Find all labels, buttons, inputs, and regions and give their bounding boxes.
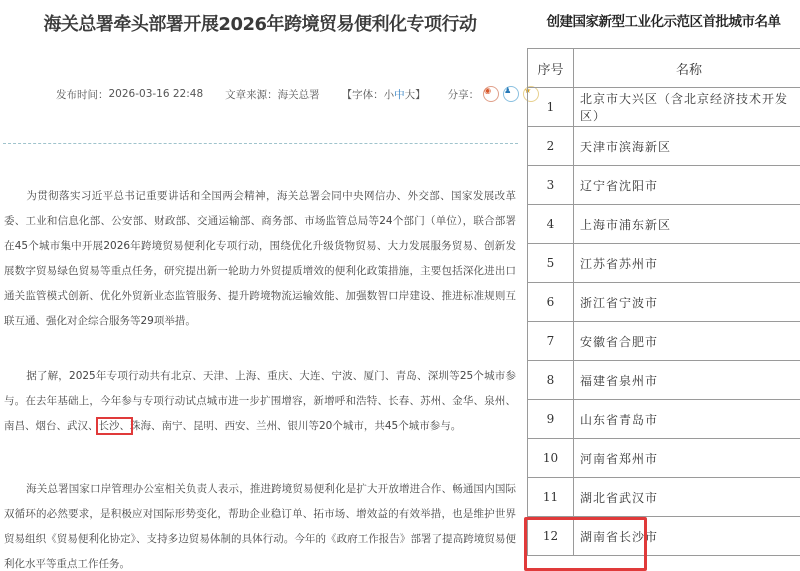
- paragraph-text: 海关总署国家口岸管理办公室相关负责人表示，推进跨境贸易便利化是扩大开放增进合作、…: [4, 483, 516, 570]
- source-label: 文章来源：: [225, 87, 278, 102]
- row-number: 9: [528, 400, 574, 439]
- row-number: 4: [528, 205, 574, 244]
- row-city-name: 天津市滨海新区: [574, 127, 800, 166]
- table-row: 8福建省泉州市: [528, 361, 800, 400]
- table-row: 3辽宁省沈阳市: [528, 166, 800, 205]
- table-row: 4上海市浦东新区: [528, 205, 800, 244]
- header-name: 名称: [574, 49, 800, 88]
- article-source: 海关总署: [278, 87, 320, 102]
- article-paragraph: 海关总署国家口岸管理办公室相关负责人表示，推进跨境贸易便利化是扩大开放增进合作、…: [4, 477, 516, 571]
- table-row: 11湖北省武汉市: [528, 478, 800, 517]
- divider: [3, 143, 518, 144]
- article-panel: 海关总署牵头部署开展2026年跨境贸易便利化专项行动 发布时间： 2026-03…: [0, 0, 520, 571]
- row-city-name: 安徽省合肥市: [574, 322, 800, 361]
- publish-time: 2026-03-16 22:48: [109, 88, 204, 100]
- row-number: 10: [528, 439, 574, 478]
- table-row: 2天津市滨海新区: [528, 127, 800, 166]
- row-city-name: 湖南省长沙市: [574, 517, 800, 556]
- row-city-name: 辽宁省沈阳市: [574, 166, 800, 205]
- row-number: 5: [528, 244, 574, 283]
- city-list-table: 序号 名称 1北京市大兴区（含北京经济技术开发区）2天津市滨海新区3辽宁省沈阳市…: [527, 48, 800, 556]
- row-city-name: 江苏省苏州市: [574, 244, 800, 283]
- row-city-name: 福建省泉州市: [574, 361, 800, 400]
- table-row: 9山东省青岛市: [528, 400, 800, 439]
- publish-time-label: 发布时间：: [56, 87, 109, 102]
- row-number: 8: [528, 361, 574, 400]
- paragraph-text: 为贯彻落实习近平总书记重要讲话和全国两会精神，海关总署会同中央网信办、外交部、国…: [4, 190, 516, 327]
- row-number: 12: [528, 517, 574, 556]
- article-paragraph: 为贯彻落实习近平总书记重要讲话和全国两会精神，海关总署会同中央网信办、外交部、国…: [4, 184, 516, 334]
- table-header-row: 序号 名称: [528, 49, 800, 88]
- qq-share-icon[interactable]: ♟: [503, 86, 519, 102]
- table-row: 1北京市大兴区（含北京经济技术开发区）: [528, 88, 800, 127]
- table-row: 12湖南省长沙市: [528, 517, 800, 556]
- paragraph-text: 珠海、南宁、昆明、西安、兰州、银川等20个城市，共45个城市参与。: [130, 420, 461, 432]
- table-row: 5江苏省苏州市: [528, 244, 800, 283]
- font-size-medium[interactable]: 中: [394, 87, 405, 102]
- row-number: 2: [528, 127, 574, 166]
- share-label: 分享：: [448, 87, 480, 102]
- font-size-label: 【字体：: [342, 87, 384, 102]
- table-row: 6浙江省宁波市: [528, 283, 800, 322]
- row-city-name: 山东省青岛市: [574, 400, 800, 439]
- row-city-name: 湖北省武汉市: [574, 478, 800, 517]
- table-row: 10河南省郑州市: [528, 439, 800, 478]
- row-number: 11: [528, 478, 574, 517]
- article-meta: 发布时间： 2026-03-16 22:48 文章来源： 海关总署 【字体： 小…: [56, 86, 539, 102]
- highlighted-city-changsha: 长沙、: [99, 420, 131, 432]
- row-city-name: 北京市大兴区（含北京经济技术开发区）: [574, 88, 800, 127]
- row-number: 6: [528, 283, 574, 322]
- article-paragraph: 据了解，2025年专项行动共有北京、天津、上海、重庆、大连、宁波、厦门、青岛、深…: [4, 364, 516, 439]
- row-city-name: 河南省郑州市: [574, 439, 800, 478]
- row-number: 3: [528, 166, 574, 205]
- article-title: 海关总署牵头部署开展2026年跨境贸易便利化专项行动: [0, 10, 520, 36]
- table-row: 7安徽省合肥市: [528, 322, 800, 361]
- row-number: 1: [528, 88, 574, 127]
- city-list-title: 创建国家新型工业化示范区首批城市名单: [527, 10, 800, 30]
- row-number: 7: [528, 322, 574, 361]
- font-size-small[interactable]: 小: [384, 87, 395, 102]
- header-number: 序号: [528, 49, 574, 88]
- row-city-name: 浙江省宁波市: [574, 283, 800, 322]
- weibo-share-icon[interactable]: ◉: [483, 86, 499, 102]
- row-city-name: 上海市浦东新区: [574, 205, 800, 244]
- font-size-large[interactable]: 大: [405, 87, 416, 102]
- font-size-bracket: 】: [415, 87, 426, 102]
